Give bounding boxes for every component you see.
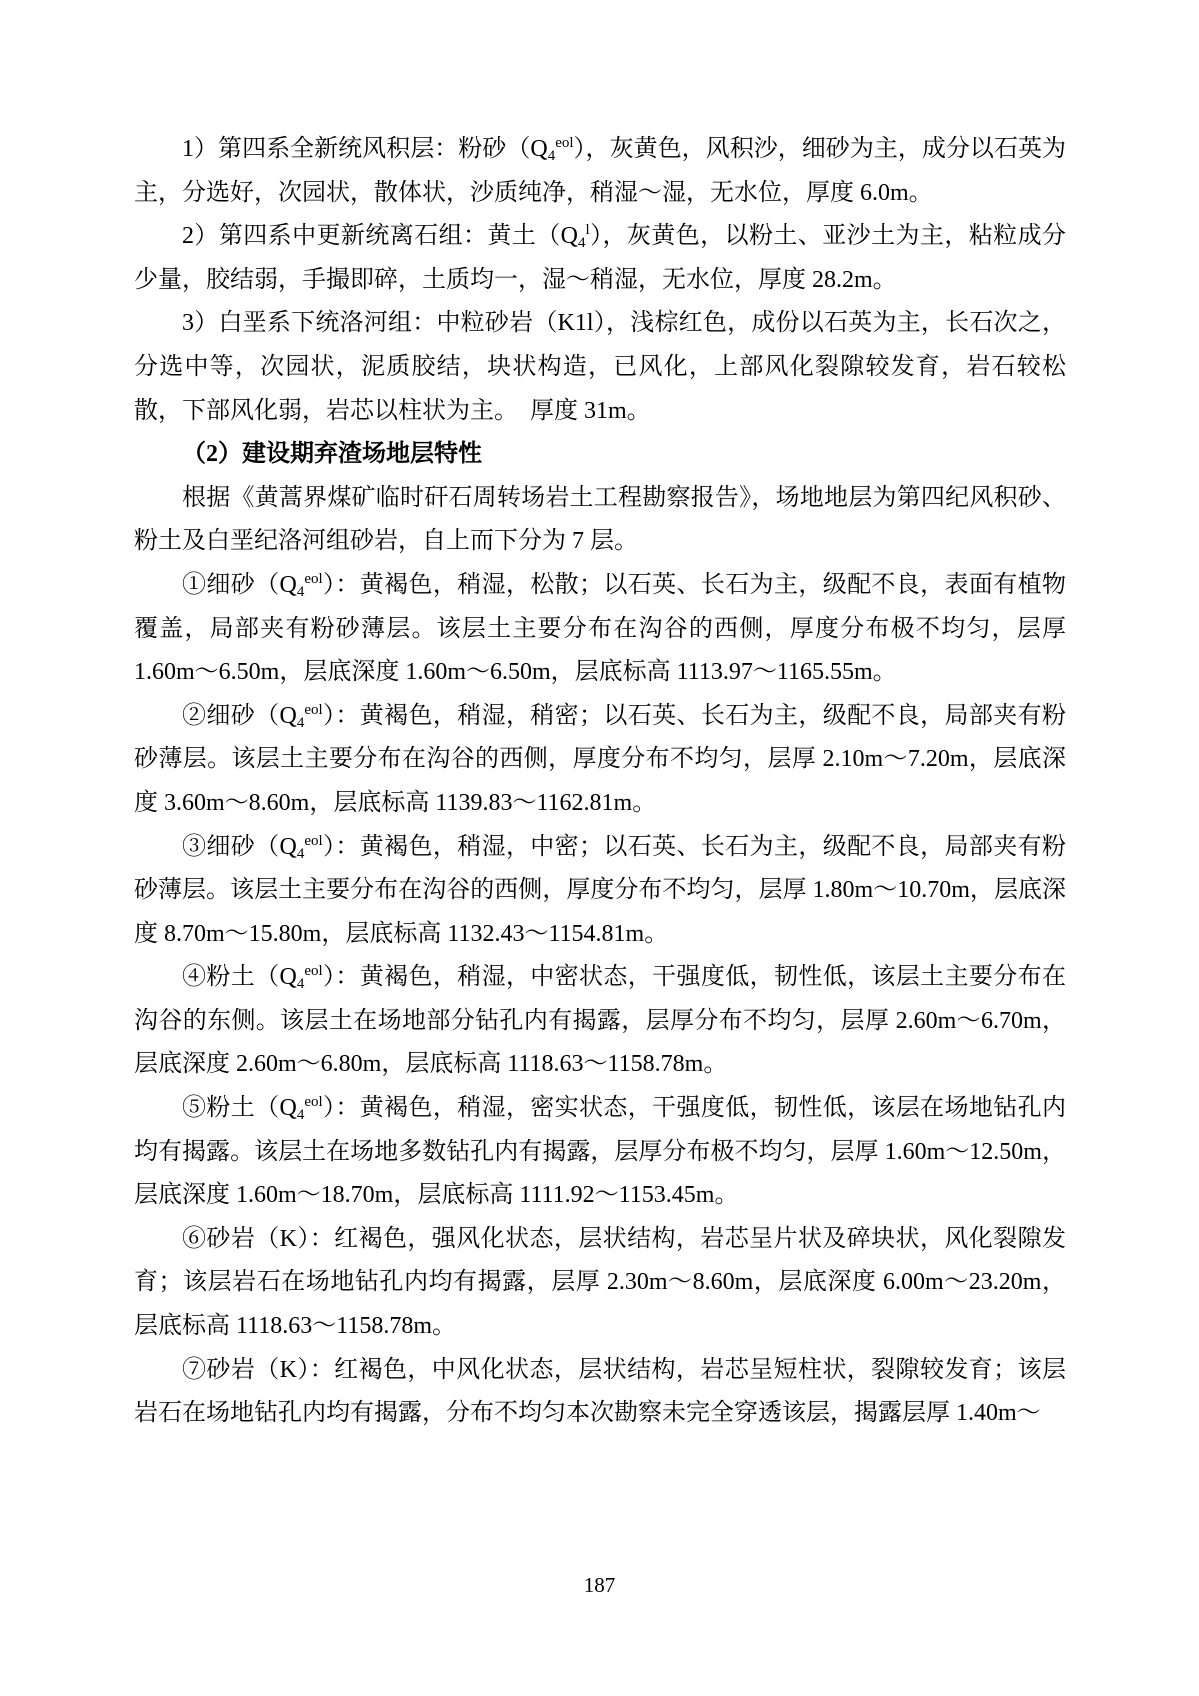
paragraph-stratum-1: 1）第四系全新统风积层：粉砂（Q4eol），灰黄色，风积沙，细砂为主，成分以石英…: [134, 128, 1066, 215]
paragraph-intro: 根据《黄蒿界煤矿临时矸石周转场岩土工程勘察报告》，场地地层为第四纪风积砂、粉土及…: [134, 477, 1066, 564]
paragraph-layer-4: ④粉土（Q4eol）：黄褐色，稍湿，中密状态，干强度低，韧性低，该层土主要分布在…: [134, 956, 1066, 1087]
section-heading-2: （2）建设期弃渣场地层特性: [134, 433, 1066, 477]
paragraph-stratum-2: 2）第四系中更新统离石组：黄土（Q4l），灰黄色，以粉土、亚沙土为主，粘粒成分少…: [134, 215, 1066, 302]
paragraph-layer-3: ③细砂（Q4eol）：黄褐色，稍湿，中密；以石英、长石为主，级配不良，局部夹有粉…: [134, 826, 1066, 957]
paragraph-layer-1: ①细砂（Q4eol）：黄褐色，稍湿，松散；以石英、长石为主，级配不良，表面有植物…: [134, 564, 1066, 695]
paragraph-stratum-3: 3）白垩系下统洛河组：中粒砂岩（K1l），浅棕红色，成份以石英为主，长石次之，分…: [134, 302, 1066, 433]
paragraph-layer-7: ⑦砂岩（K）：红褐色，中风化状态，层状结构，岩芯呈短柱状，裂隙较发育；该层岩石在…: [134, 1349, 1066, 1436]
paragraph-layer-2: ②细砂（Q4eol）：黄褐色，稍湿，稍密；以石英、长石为主，级配不良，局部夹有粉…: [134, 695, 1066, 826]
page-number: 187: [0, 1572, 1199, 1598]
paragraph-layer-5: ⑤粉土（Q4eol）：黄褐色，稍湿，密实状态，干强度低，韧性低，该层在场地钻孔内…: [134, 1087, 1066, 1218]
document-body: 1）第四系全新统风积层：粉砂（Q4eol），灰黄色，风积沙，细砂为主，成分以石英…: [134, 128, 1066, 1436]
paragraph-layer-6: ⑥砂岩（K）：红褐色，强风化状态，层状结构，岩芯呈片状及碎块状，风化裂隙发育；该…: [134, 1218, 1066, 1349]
document-page: 1）第四系全新统风积层：粉砂（Q4eol），灰黄色，风积沙，细砂为主，成分以石英…: [0, 0, 1199, 1696]
